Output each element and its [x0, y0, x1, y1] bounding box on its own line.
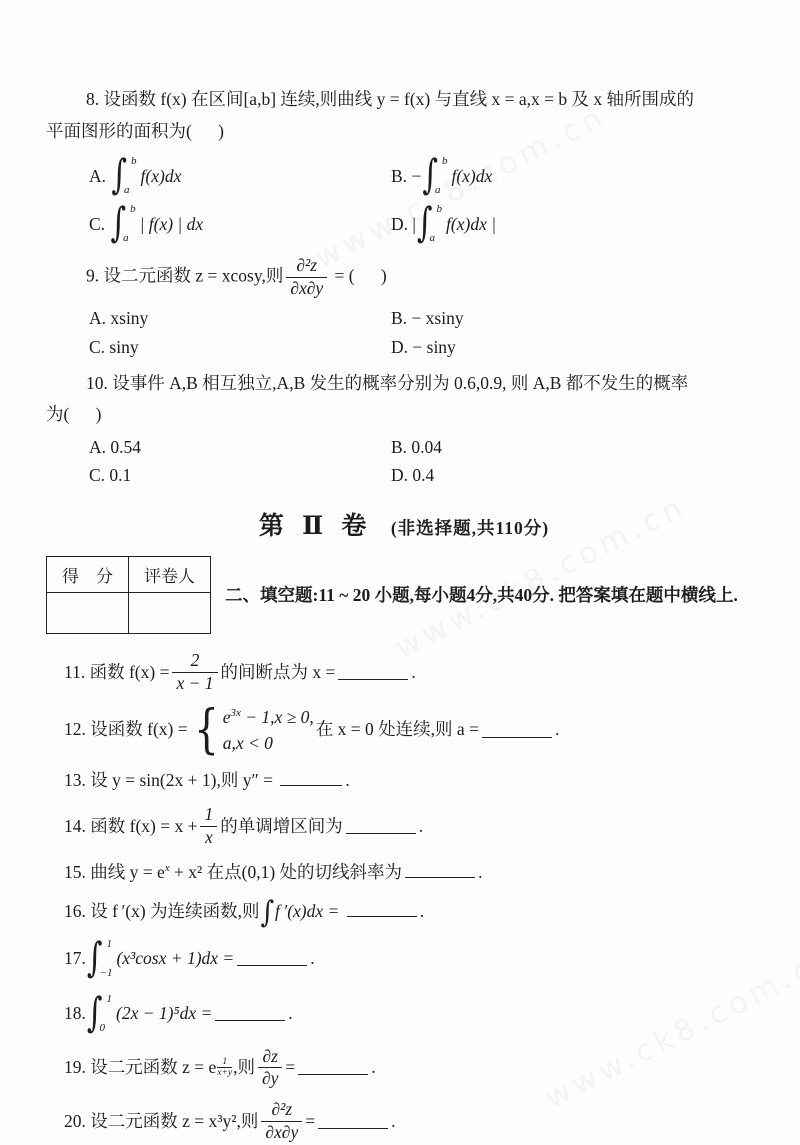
stem-text: 在 x = 0 处连续,则 a = — [316, 715, 479, 745]
question-12: 12. 设函数 f(x) = {e3x − 1,x ≥ 0,a,x < 0在 x… — [64, 704, 762, 757]
stem-formula: (x³cosx + 1)dx = — [116, 944, 234, 974]
part2-heading: 第 Ⅱ 卷 (非选择题,共110分) — [46, 506, 762, 542]
answer-blank — [318, 1114, 388, 1129]
fraction-denominator: x − 1 — [172, 673, 217, 695]
option-label: D. — [391, 214, 408, 235]
question-18: 18. ∫10(2x − 1)⁵dx = . — [64, 991, 762, 1037]
stem-text: ,则 — [233, 1053, 255, 1083]
option-label: A. — [89, 166, 106, 187]
question-8-option-a: A. ∫ba f(x)dx — [89, 153, 391, 199]
question-8-option-d: D. | ∫ba f(x)dx | — [391, 201, 762, 247]
question-9-option-b: B. − xsiny — [391, 304, 762, 333]
period: . — [371, 1053, 375, 1083]
piecewise-cases: {e3x − 1,x ≥ 0,a,x < 0 — [190, 704, 314, 757]
question-10-option-d: D. 0.4 — [391, 461, 762, 490]
question-10: 10. 设事件 A,B 相互独立,A,B 发生的概率分别为 0.6,0.9, 则… — [46, 368, 762, 491]
question-8: 8. 设函数 f(x) 在区间[a,b] 连续,则曲线 y = f(x) 与直线… — [46, 84, 762, 247]
stem-text: 11. 函数 f(x) = — [64, 658, 169, 688]
question-16: 16. 设 f ′(x) 为连续函数,则∫f ′(x)dx = . — [64, 897, 762, 927]
integral-sign: ∫10 — [87, 991, 115, 1037]
stem-text: 18. — [64, 999, 86, 1029]
question-9-stem: 9. 设二元函数 z = xcosy,则∂²z∂x∂y = ( ) — [86, 255, 762, 300]
score-table-grader-header: 评卷人 — [129, 557, 211, 593]
left-brace: { — [194, 708, 219, 752]
integral-upper-limit: b — [131, 156, 137, 167]
fraction-denominator: x+y — [217, 1068, 232, 1078]
stem-text: 13. 设 y = sin(2x + 1),则 y″ = — [64, 770, 277, 790]
integral-sign: ∫ — [260, 898, 274, 928]
stem-formula: (2x − 1)⁵dx = — [116, 999, 212, 1029]
stem-text: = — [305, 1107, 315, 1137]
answer-blank — [215, 1006, 285, 1021]
stem-text: = ( ) — [330, 265, 387, 285]
fraction: 1x — [200, 804, 217, 849]
stem-text: 14. 函数 f(x) = x + — [64, 812, 197, 842]
option-formula: f(x)dx — [141, 166, 182, 187]
answer-blank — [346, 819, 416, 834]
period: . — [288, 999, 292, 1029]
fraction-numerator: 2 — [172, 650, 217, 673]
question-9-option-a: A. xsiny — [89, 304, 391, 333]
period: . — [345, 770, 349, 790]
option-label: B. — [391, 166, 407, 187]
stem-text: 9. 设二元函数 z = xcosy,则 — [86, 265, 283, 285]
case-row-1: e3x − 1,x ≥ 0, — [223, 704, 314, 730]
question-9: 9. 设二元函数 z = xcosy,则∂²z∂x∂y = ( ) A. xsi… — [46, 255, 762, 362]
period: . — [411, 658, 415, 688]
question-10-line1: 10. 设事件 A,B 相互独立,A,B 发生的概率分别为 0.6,0.9, 则… — [46, 368, 762, 400]
fraction-numerator: 1 — [217, 1057, 232, 1068]
stem-text: 16. 设 f ′(x) 为连续函数,则 — [64, 901, 259, 921]
score-table-grader-cell — [129, 593, 211, 634]
part2-subtitle: (非选择题,共110分) — [391, 518, 549, 538]
fraction-numerator: ∂²z — [286, 255, 327, 278]
answer-blank — [347, 902, 417, 917]
answer-blank — [405, 863, 475, 878]
question-15: 15. 曲线 y = ex + x² 在点(0,1) 处的切线斜率为. — [64, 858, 762, 888]
question-8-option-b: B. − ∫ba f(x)dx — [391, 153, 762, 199]
abs-bar: | — [412, 214, 416, 235]
stem-text: 的间断点为 x = — [221, 658, 336, 688]
fraction-denominator: ∂x∂y — [286, 278, 327, 300]
fraction: 2x − 1 — [172, 650, 217, 695]
exam-page: www.ck8.com.cn www.ck8.com.cn www.ck8.co… — [0, 0, 800, 1145]
answer-blank — [298, 1060, 368, 1075]
integral-sign: ∫1−1 — [87, 936, 116, 982]
answer-blank — [280, 771, 342, 786]
integral-sign: ∫ba — [111, 153, 139, 199]
question-10-option-c: C. 0.1 — [89, 461, 391, 490]
period: . — [478, 862, 482, 882]
integral-sign: ∫ba — [422, 153, 450, 199]
answer-blank — [237, 951, 307, 966]
period: . — [310, 944, 314, 974]
question-11: 11. 函数 f(x) = 2x − 1 的间断点为 x = . — [64, 650, 762, 695]
part2-title: 第 Ⅱ 卷 — [259, 513, 373, 540]
question-8-option-c: C. ∫ba | f(x) | dx — [89, 201, 391, 247]
question-13: 13. 设 y = sin(2x + 1),则 y″ = . — [64, 766, 762, 796]
fraction: ∂²z∂x∂y — [261, 1099, 302, 1144]
stem-text: 17. — [64, 944, 86, 974]
answer-blank — [338, 665, 408, 680]
stem-formula: f ′(x)dx = — [275, 901, 344, 921]
integral-upper-limit: 1 — [107, 939, 113, 950]
stem-text: + x² 在点(0,1) 处的切线斜率为 — [170, 862, 402, 882]
period: . — [555, 715, 559, 745]
score-table: 得 分 评卷人 — [46, 556, 211, 634]
score-table-score-header: 得 分 — [47, 557, 129, 593]
case-row-2: a,x < 0 — [223, 730, 314, 756]
stem-text: = — [285, 1053, 295, 1083]
fraction: ∂z∂y — [258, 1046, 282, 1091]
answer-blank — [482, 723, 552, 738]
question-10-option-a: A. 0.54 — [89, 433, 391, 462]
period: . — [391, 1107, 395, 1137]
integral-upper-limit: b — [442, 156, 448, 167]
fraction-numerator: ∂z — [258, 1046, 282, 1069]
section2-instruction: 二、填空题:11 ~ 20 小题,每小题4分,共40分. 把答案填在题中横线上. — [225, 581, 762, 609]
stem-text: 19. 设二元函数 z = e — [64, 1053, 216, 1083]
option-formula: | f(x) | dx — [140, 214, 204, 235]
fraction-denominator: ∂x∂y — [261, 1122, 302, 1144]
question-9-option-c: C. siny — [89, 333, 391, 362]
question-19: 19. 设二元函数 z = e1x+y,则∂z∂y = . — [64, 1046, 762, 1091]
period: . — [419, 812, 423, 842]
integral-sign: ∫ba — [110, 201, 138, 247]
fraction: ∂²z∂x∂y — [286, 255, 327, 300]
stem-text: 15. 曲线 y = e — [64, 862, 165, 882]
integral-upper-limit: 1 — [107, 994, 113, 1005]
minus-sign: − — [411, 166, 421, 187]
option-formula: f(x)dx — [451, 166, 492, 187]
stem-text: 的单调增区间为 — [220, 812, 343, 842]
score-table-score-cell — [47, 593, 129, 634]
question-8-line2: 平面图形的面积为( ) — [46, 116, 762, 148]
integral-sign: ∫ba — [417, 201, 445, 247]
option-label: C. — [89, 214, 105, 235]
question-8-line1: 8. 设函数 f(x) 在区间[a,b] 连续,则曲线 y = f(x) 与直线… — [46, 84, 762, 116]
question-9-option-d: D. − siny — [391, 333, 762, 362]
fraction-numerator: 1 — [200, 804, 217, 827]
stem-text: 20. 设二元函数 z = x³y²,则 — [64, 1107, 258, 1137]
fraction-denominator: ∂y — [258, 1068, 282, 1090]
question-17: 17. ∫1−1 (x³cosx + 1)dx = . — [64, 936, 762, 982]
question-10-line2: 为( ) — [46, 399, 762, 431]
question-14: 14. 函数 f(x) = x + 1x 的单调增区间为. — [64, 804, 762, 849]
exponent-fraction: 1x+y — [217, 1057, 232, 1079]
question-10-option-b: B. 0.04 — [391, 433, 762, 462]
fraction-denominator: x — [200, 827, 217, 849]
integral-upper-limit: b — [437, 204, 443, 215]
option-formula: f(x)dx | — [446, 214, 496, 235]
fraction-numerator: ∂²z — [261, 1099, 302, 1122]
question-20: 20. 设二元函数 z = x³y²,则∂²z∂x∂y = . — [64, 1099, 762, 1144]
period: . — [420, 901, 424, 921]
stem-text: 12. 设函数 f(x) = — [64, 715, 188, 745]
integral-upper-limit: b — [130, 204, 136, 215]
